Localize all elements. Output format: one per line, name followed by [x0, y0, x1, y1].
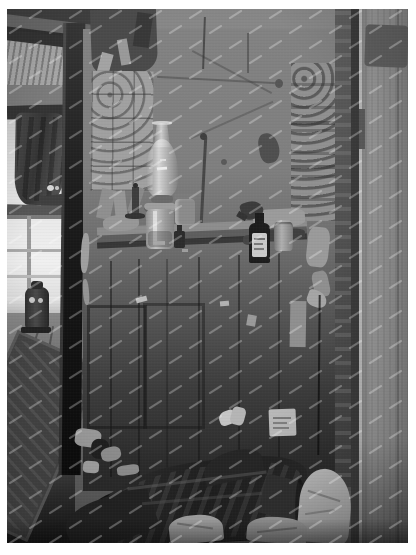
print-border [0, 0, 416, 555]
film-grain [7, 9, 408, 543]
photograph [7, 9, 408, 543]
